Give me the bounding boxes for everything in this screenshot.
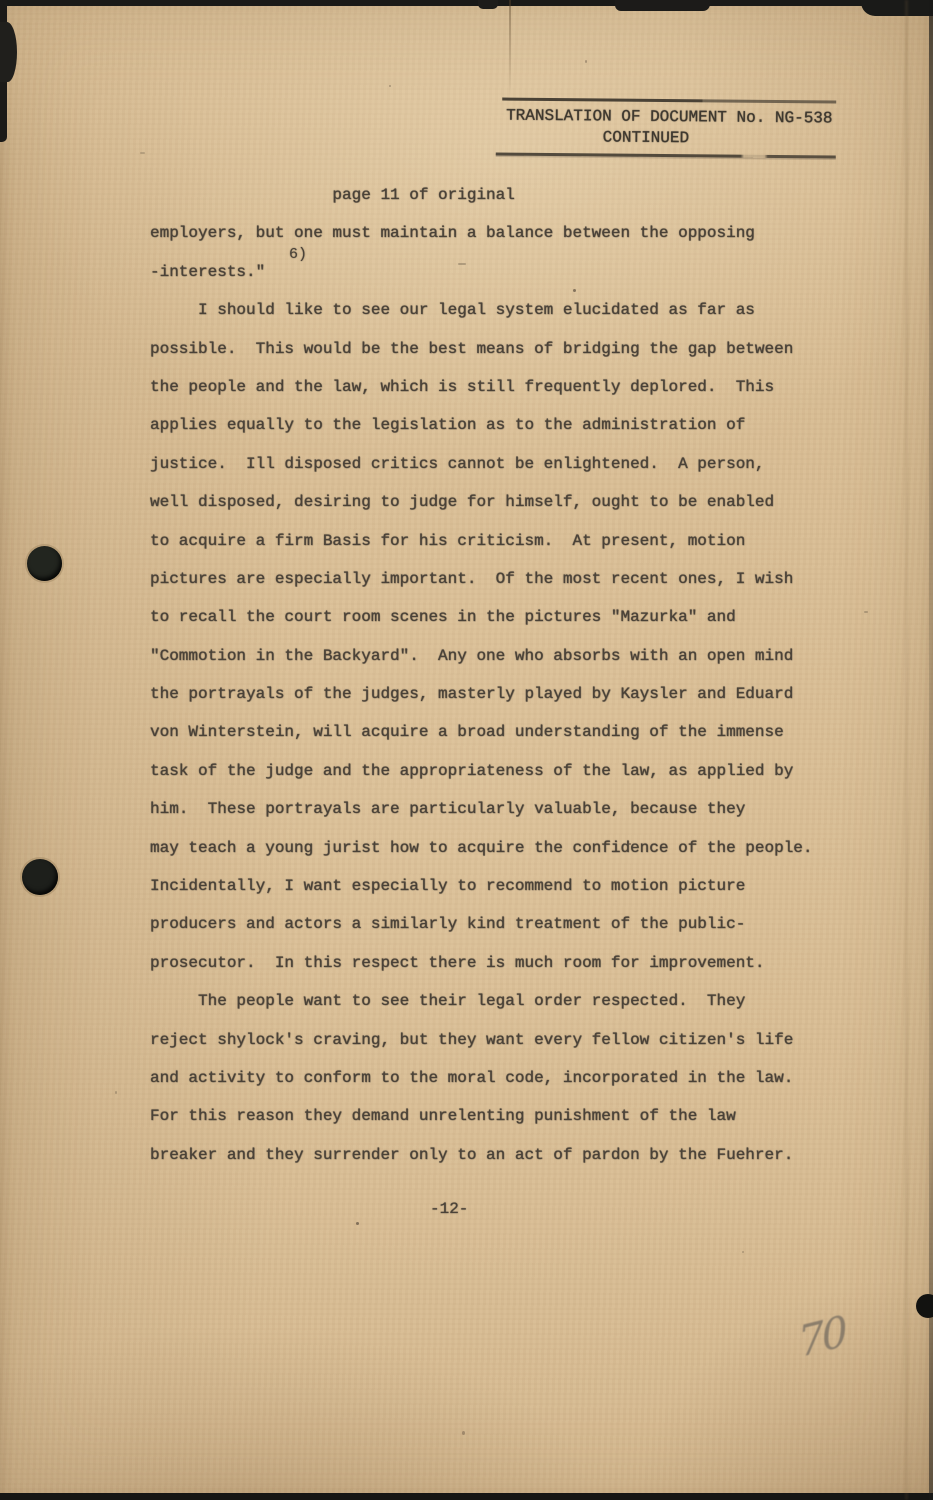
text-line: employers, but one must maintain a balan… — [150, 214, 850, 252]
page-number: -12- — [430, 1200, 468, 1218]
text-line: prosecutor. In this respect there is muc… — [150, 944, 850, 982]
text-line: von Winterstein, will acquire a broad un… — [150, 713, 850, 751]
text-line: well disposed, desiring to judge for him… — [150, 483, 850, 521]
text-line: to acquire a firm Basis for his criticis… — [150, 522, 850, 560]
text-line: the portrayals of the judges, masterly p… — [150, 675, 850, 713]
hole-punch-bottom — [22, 859, 58, 895]
stamp-rule-bottom — [496, 153, 836, 158]
text-line: I should like to see our legal system el… — [150, 291, 850, 329]
text-line: possible. This would be the best means o… — [150, 330, 850, 368]
text-line: breaker and they surrender only to an ac… — [150, 1136, 850, 1174]
text-line: The people want to see their legal order… — [150, 982, 850, 1020]
scan-edge-bottom — [0, 1493, 933, 1500]
handwritten-number: 70 — [796, 1306, 847, 1367]
translation-stamp: TRANSLATION OF DOCUMENT No. NG-538 CONTI… — [496, 98, 838, 158]
paper-speck — [140, 152, 145, 154]
text-line: "Commotion in the Backyard". Any one who… — [150, 637, 850, 675]
text-line: Incidentally, I want especially to recom… — [150, 867, 850, 905]
stamp-title: TRANSLATION OF DOCUMENT No. NG-538 — [496, 106, 838, 130]
stamp-continued: CONTINUED — [496, 127, 838, 150]
paper-crease-top — [509, 0, 511, 96]
paper-speck — [864, 611, 868, 613]
text-line: pictures are especially important. Of th… — [150, 560, 850, 598]
stamp-rule-top — [502, 98, 836, 104]
paper-speck — [458, 263, 466, 265]
text-line: and activity to conform to the moral cod… — [150, 1059, 850, 1097]
paper-speck — [462, 1431, 465, 1435]
scan-edge-right — [929, 0, 933, 1500]
text-line: him. These portrayals are particularly v… — [150, 790, 850, 828]
text-line: justice. Ill disposed critics cannot be … — [150, 445, 850, 483]
paper-speck — [573, 289, 576, 292]
text-line: reject shylock's craving, but they want … — [150, 1021, 850, 1059]
scan-edge-corner-top-right — [861, 0, 933, 16]
text-line: task of the judge and the appropriatenes… — [150, 752, 850, 790]
scan-edge-notch — [478, 0, 498, 9]
scanned-page: TRANSLATION OF DOCUMENT No. NG-538 CONTI… — [0, 0, 933, 1500]
right-edge-mark — [916, 1294, 933, 1318]
paper-speck — [629, 843, 631, 845]
paper-crease-right — [905, 0, 908, 1500]
text-line: producers and actors a similarly kind tr… — [150, 905, 850, 943]
text-line: to recall the court room scenes in the p… — [150, 598, 850, 636]
text-line: -interests." — [150, 253, 850, 291]
paper-speck — [585, 60, 587, 63]
torn-edge-mark — [0, 22, 17, 82]
text-line: applies equally to the legislation as to… — [150, 406, 850, 444]
paper-speck — [389, 85, 391, 87]
scan-edge-top — [0, 0, 933, 6]
paper-speck — [115, 1091, 117, 1094]
scan-edge-blotch — [615, 0, 710, 11]
hole-punch-top — [27, 546, 62, 581]
footnote-marker: 6) — [289, 246, 307, 263]
text-line: page 11 of original — [150, 176, 850, 214]
text-line: For this reason they demand unrelenting … — [150, 1097, 850, 1135]
document-body: page 11 of originalemployers, but one mu… — [150, 176, 850, 1174]
paper-speck — [742, 1251, 744, 1253]
text-line: the people and the law, which is still f… — [150, 368, 850, 406]
text-line: may teach a young jurist how to acquire … — [150, 829, 850, 867]
paper-speck — [356, 1222, 359, 1225]
